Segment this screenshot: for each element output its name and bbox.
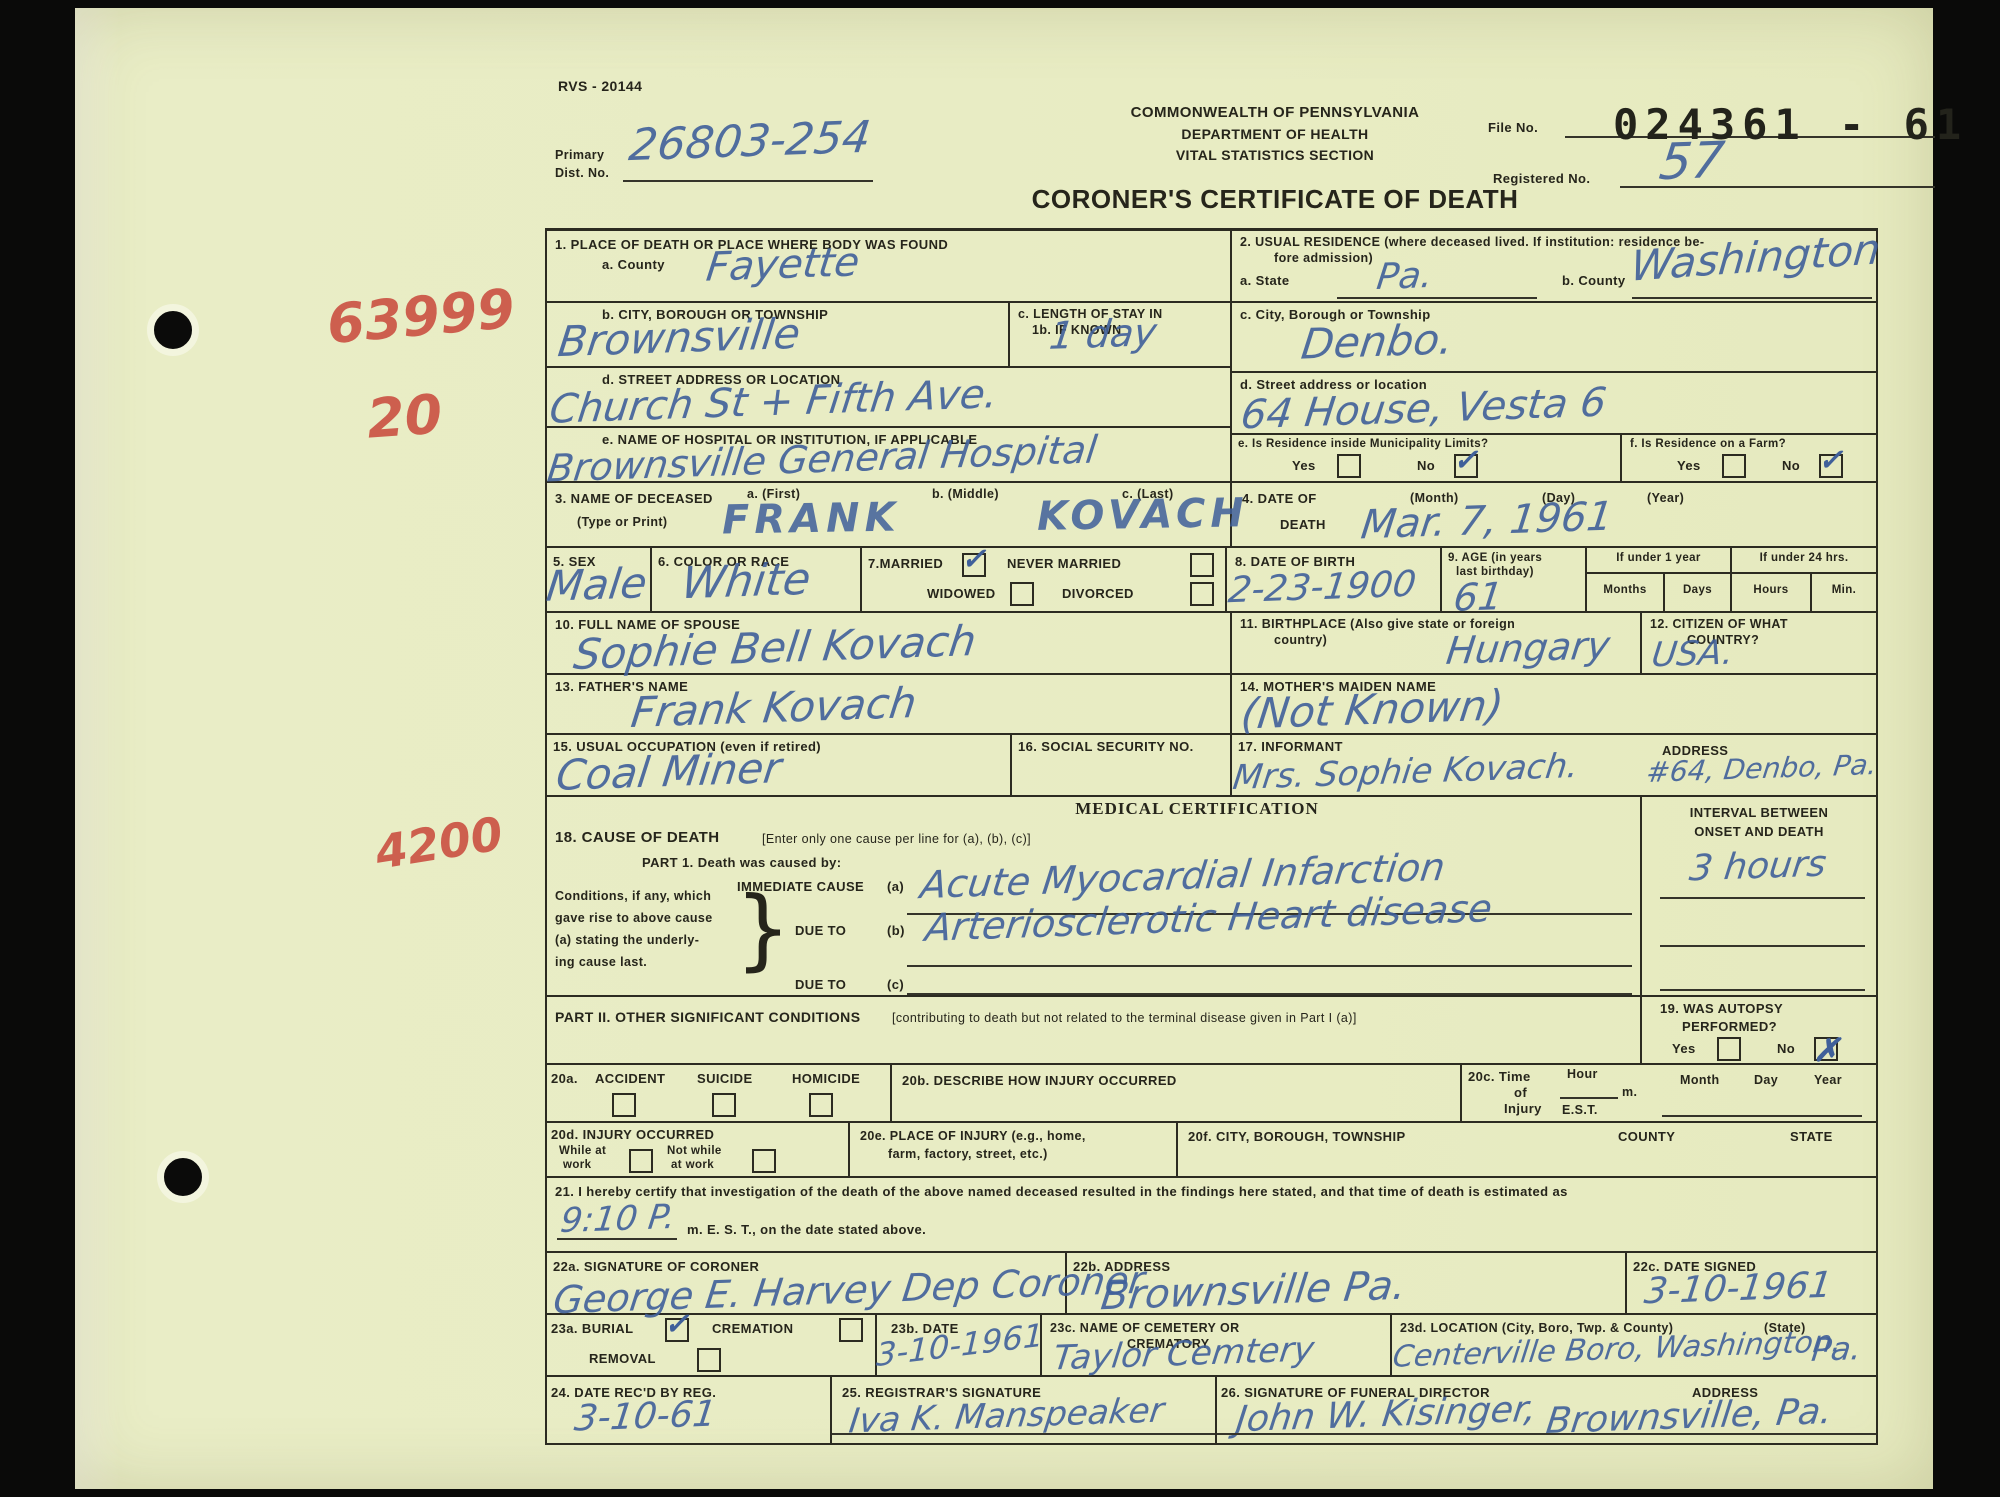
s23a-burial-label: 23a. BURIAL — [551, 1321, 633, 1336]
s20a-accident-label: ACCIDENT — [595, 1071, 665, 1086]
section-16-ssn: 16. SOCIAL SECURITY NO. — [1012, 735, 1232, 795]
row-parents: 13. FATHER'S NAME Frank Kovach 14. MOTHE… — [547, 675, 1876, 735]
s2f-yes-label: Yes — [1677, 458, 1701, 473]
certificate-title: CORONER'S CERTIFICATE OF DEATH — [1005, 184, 1545, 215]
s2e-no-label: No — [1417, 458, 1435, 473]
margin-note-red-1: 63999 — [325, 282, 517, 352]
section-interval: INTERVAL BETWEEN ONSET AND DEATH 3 hours — [1642, 797, 1876, 995]
primary-dist-value: 26803-254 — [627, 116, 873, 168]
row-spouse-birthplace: 10. FULL NAME OF SPOUSE Sophie Bell Kova… — [547, 613, 1876, 675]
s20c-m-label: m. — [1622, 1085, 1637, 1099]
s3-subtitle: (Type or Print) — [577, 515, 668, 529]
s18-cond-4: ing cause last. — [555, 955, 647, 969]
row-23-disposition: 23a. BURIAL ✓ CREMATION REMOVAL 23b. DAT… — [547, 1315, 1876, 1377]
s20d-label: 20d. INJURY OCCURRED — [551, 1127, 714, 1142]
s12-label-1: 12. CITIZEN OF WHAT — [1650, 617, 1788, 631]
section-22a-signature: 22a. SIGNATURE OF CORONER George E. Harv… — [547, 1253, 1067, 1313]
s14-value: (Not Known) — [1239, 684, 1506, 735]
s18-line-c — [907, 993, 1632, 995]
form-code: RVS - 20144 — [558, 78, 642, 94]
s9-under24-label: If under 24 hrs. — [1760, 552, 1849, 564]
section-10-spouse: 10. FULL NAME OF SPOUSE Sophie Bell Kova… — [547, 613, 1232, 673]
part2-bracket-note: [contributing to death but not related t… — [892, 1011, 1357, 1025]
s2a-label: a. State — [1240, 273, 1289, 288]
s18-part1-label: PART 1. Death was caused by: — [642, 855, 842, 870]
primary-dist-label-1: Primary — [555, 148, 604, 162]
s2f-no-checkmark: ✓ — [1818, 443, 1843, 478]
s20d-while-checkbox — [629, 1149, 653, 1173]
section-22c-date-signed: 22c. DATE SIGNED 3-10-1961 — [1627, 1253, 1876, 1313]
s18-title: 18. CAUSE OF DEATH — [555, 829, 719, 846]
s20f-city-label: 20f. CITY, BOROUGH, TOWNSHIP — [1188, 1129, 1406, 1144]
s19-yes-checkbox — [1717, 1037, 1741, 1061]
s20b-label: 20b. DESCRIBE HOW INJURY OCCURRED — [902, 1073, 1177, 1088]
s20a-homicide-label: HOMICIDE — [792, 1071, 860, 1086]
punch-hole-bottom — [157, 1151, 209, 1203]
interval-label-2: ONSET AND DEATH — [1642, 824, 1876, 839]
s23a-removal-label: REMOVAL — [589, 1351, 656, 1366]
section-9-under-24-hrs: If under 24 hrs. Hours Min. — [1732, 548, 1876, 611]
s26-value: John W. Kisinger, — [1234, 1392, 1538, 1438]
field-2ab-state-county: 2. USUAL RESIDENCE (where deceased lived… — [1232, 231, 1876, 303]
s2a-line — [1337, 297, 1537, 299]
s23a-burial-checkbox: ✓ — [665, 1318, 689, 1342]
field-1e-hospital: e. NAME OF HOSPITAL OR INSTITUTION, IF A… — [547, 428, 1230, 481]
s2f-yes-checkbox — [1722, 454, 1746, 478]
agency-block: COMMONWEALTH OF PENNSYLVANIA DEPARTMENT … — [1015, 104, 1535, 163]
s20c-hour-label: Hour — [1567, 1067, 1598, 1081]
s20d-notwhile-label-1: Not while — [667, 1145, 722, 1157]
s23d-state-value: Pa. — [1810, 1332, 1863, 1366]
s23a-removal-checkbox — [697, 1348, 721, 1372]
s7-never-married-label: NEVER MARRIED — [1007, 556, 1121, 571]
row-medical-certification: MEDICAL CERTIFICATION 18. CAUSE OF DEATH… — [547, 797, 1876, 997]
row-21-certify: 21. I hereby certify that investigation … — [547, 1178, 1876, 1253]
s20d-notwhile-label-2: at work — [671, 1159, 714, 1171]
s20c-hour-line — [1560, 1097, 1618, 1099]
section-8-date-of-birth: 8. DATE OF BIRTH 2-23-1900 — [1227, 548, 1442, 611]
s1b-value: Brownsville — [556, 313, 803, 363]
section-6-color-race: 6. COLOR OR RACE White — [652, 548, 862, 611]
s25-signature-line — [832, 1433, 1215, 1435]
agency-line-1: COMMONWEALTH OF PENNSYLVANIA — [1015, 104, 1535, 121]
s3-middle-label: b. (Middle) — [932, 487, 999, 501]
s20a-accident-checkbox — [612, 1093, 636, 1117]
section-5-sex: 5. SEX Male — [547, 548, 652, 611]
s2e-no-checkmark: ✓ — [1453, 443, 1478, 478]
s20f-state-label: STATE — [1790, 1129, 1833, 1144]
s18-due-b-label: DUE TO — [795, 923, 846, 938]
field-2d-street: d. Street address or location 64 House, … — [1232, 373, 1876, 435]
s18-line-b — [907, 965, 1632, 967]
section-11-birthplace: 11. BIRTHPLACE (Also give state or forei… — [1232, 613, 1642, 673]
section-20d-injury-occurred: 20d. INJURY OCCURRED While at work Not w… — [547, 1123, 850, 1176]
s22c-value: 3-10-1961 — [1642, 1268, 1834, 1310]
s7-widowed-checkbox — [1010, 582, 1034, 606]
section-4-date-of-death: 4. DATE OF DEATH (Month) (Day) (Year) Ma… — [1232, 483, 1876, 546]
s7-married-checkmark: ✓ — [961, 542, 986, 577]
s10-value: Sophie Bell Kovach — [571, 620, 978, 676]
s5-value: Male — [544, 562, 649, 607]
agency-line-3: VITAL STATISTICS SECTION — [1015, 147, 1535, 163]
s9-min-label: Min. — [1832, 584, 1857, 596]
s18-b-tag: (b) — [887, 923, 905, 938]
s3-title: 3. NAME OF DECEASED — [555, 491, 713, 506]
registered-no-value: 57 — [1657, 135, 1727, 187]
row-20def: 20d. INJURY OCCURRED While at work Not w… — [547, 1123, 1876, 1178]
section-23c-cemetery: 23c. NAME OF CEMETERY OR CREMATORY Taylo… — [1042, 1315, 1392, 1375]
s20a-number: 20a. — [551, 1071, 578, 1086]
s20c-label-2: of — [1514, 1085, 1527, 1100]
field-1c-length-of-stay: c. LENGTH OF STAY IN 1b. IF KNOWN 1 day — [1010, 303, 1230, 366]
section-7-marital-status: 7.MARRIED ✓ NEVER MARRIED WIDOWED DIVORC… — [862, 548, 1227, 611]
s20f-county-label: COUNTY — [1618, 1129, 1675, 1144]
s9-months-label: Months — [1603, 584, 1646, 596]
s4-label-2: DEATH — [1280, 517, 1326, 532]
s21-time-value: 9:10 P. — [559, 1200, 678, 1238]
s7-divorced-label: DIVORCED — [1062, 586, 1134, 601]
section-19-autopsy: 19. WAS AUTOPSY PERFORMED? Yes No ✗ — [1642, 997, 1876, 1063]
section-1-place-of-death: 1. PLACE OF DEATH OR PLACE WHERE BODY WA… — [547, 231, 1232, 481]
s7-married-label: 7.MARRIED — [868, 556, 943, 571]
certificate-form: 1. PLACE OF DEATH OR PLACE WHERE BODY WA… — [545, 228, 1878, 1445]
interval-label-1: INTERVAL BETWEEN — [1642, 805, 1876, 820]
field-2c-city: c. City, Borough or Township Denbo. — [1232, 303, 1876, 373]
certificate-paper: 63999 20 4200 RVS - 20144 COMMONWEALTH O… — [75, 8, 1933, 1489]
s23a-burial-checkmark: ✓ — [664, 1307, 689, 1342]
s18-brace: } — [735, 885, 791, 973]
s7-never-married-checkbox — [1190, 553, 1214, 577]
s20e-label-2: farm, factory, street, etc.) — [888, 1147, 1048, 1161]
section-21-certification: 21. I hereby certify that investigation … — [547, 1178, 1876, 1251]
s11-value: Hungary — [1444, 626, 1612, 670]
s23c-value: Taylor Cemtery — [1051, 1332, 1316, 1375]
field-2f-farm: f. Is Residence on a Farm? Yes No ✓ — [1622, 435, 1876, 481]
s16-label: 16. SOCIAL SECURITY NO. — [1018, 739, 1194, 754]
s9-days-label: Days — [1683, 584, 1712, 596]
s9-hours-cell: Hours — [1732, 574, 1812, 611]
s2f-no-label: No — [1782, 458, 1800, 473]
section-24-date-received: 24. DATE REC'D BY REG. 3-10-61 — [547, 1377, 832, 1443]
row-place-residence: 1. PLACE OF DEATH OR PLACE WHERE BODY WA… — [547, 231, 1876, 483]
s19-label-2: PERFORMED? — [1682, 1019, 1777, 1034]
s18-bracket-note: [Enter only one cause per line for (a), … — [762, 832, 1031, 846]
punch-hole-top — [147, 304, 199, 356]
s18-cond-2: gave rise to above cause — [555, 911, 713, 925]
section-20c-time-of-injury: 20c. Time of Injury Hour m. E.S.T. Month… — [1462, 1065, 1876, 1121]
s15-value: Coal Miner — [554, 747, 784, 797]
section-25-registrar: 25. REGISTRAR'S SIGNATURE Iva K. Manspea… — [832, 1377, 1217, 1443]
row-1b-1c: b. CITY, BOROUGH OR TOWNSHIP Brownsville… — [547, 303, 1230, 368]
s19-no-label: No — [1777, 1041, 1795, 1056]
section-18-cause-of-death: MEDICAL CERTIFICATION 18. CAUSE OF DEATH… — [547, 797, 1642, 995]
row-occupation-informant: 15. USUAL OCCUPATION (even if retired) C… — [547, 735, 1876, 797]
s4-label-1: 4. DATE OF — [1242, 491, 1317, 506]
s20a-suicide-label: SUICIDE — [697, 1071, 753, 1086]
s17-address-value: #64, Denbo, Pa. — [1645, 751, 1879, 787]
interval-line-1 — [1660, 897, 1865, 899]
s4-value: Mar. 7, 1961 — [1359, 497, 1615, 546]
s20c-year-label: Year — [1814, 1073, 1842, 1087]
section-20e-place-of-injury: 20e. PLACE OF INJURY (e.g., home, farm, … — [850, 1123, 1178, 1176]
section-part2: PART II. OTHER SIGNIFICANT CONDITIONS [c… — [547, 997, 1642, 1063]
section-23b-date: 23b. DATE 3-10-1961 — [877, 1315, 1042, 1375]
row-part2-autopsy: PART II. OTHER SIGNIFICANT CONDITIONS [c… — [547, 997, 1876, 1065]
s2c-value: Denbo. — [1299, 318, 1455, 365]
s2e-no-checkbox: ✓ — [1454, 454, 1478, 478]
s21-suffix: m. E. S. T., on the date stated above. — [687, 1222, 926, 1237]
s9-label-1: 9. AGE (in years — [1448, 552, 1542, 564]
s12-value: USA. — [1650, 636, 1736, 673]
section-3-name-of-deceased: 3. NAME OF DECEASED (Type or Print) a. (… — [547, 483, 1232, 546]
s2b-line — [1632, 297, 1872, 299]
file-no-label: File No. — [1488, 120, 1538, 135]
section-12-citizen: 12. CITIZEN OF WHAT COUNTRY? USA. — [1642, 613, 1876, 673]
section-20f-city-county-state: 20f. CITY, BOROUGH, TOWNSHIP COUNTY STAT… — [1178, 1123, 1876, 1176]
s26-signature-line — [1217, 1433, 1876, 1435]
s21-time-line — [557, 1238, 677, 1240]
margin-note-red-3: 4200 — [372, 810, 506, 875]
s20d-notwhile-checkbox — [752, 1149, 776, 1173]
s19-no-checkbox: ✗ — [1814, 1037, 1838, 1061]
s9-months-days: Months Days — [1587, 574, 1730, 611]
field-1b-city: b. CITY, BOROUGH OR TOWNSHIP Brownsville — [547, 303, 1010, 366]
s1a-label: a. County — [602, 257, 665, 272]
s4-year-label: (Year) — [1647, 491, 1684, 505]
s23a-cremation-checkbox — [839, 1318, 863, 1342]
section-17-informant: 17. INFORMANT Mrs. Sophie Kovach. ADDRES… — [1232, 735, 1876, 795]
s9-value: 61 — [1452, 577, 1505, 617]
s17-label: 17. INFORMANT — [1238, 739, 1343, 754]
medical-certification-title: MEDICAL CERTIFICATION — [947, 799, 1447, 819]
s20c-est-label: E.S.T. — [1562, 1103, 1598, 1117]
s2e-yes-checkbox — [1337, 454, 1361, 478]
s2e-yes-label: Yes — [1292, 458, 1316, 473]
s18-due-c-label: DUE TO — [795, 977, 846, 992]
s20d-while-label-1: While at — [559, 1145, 606, 1157]
section-9-under-1-year: If under 1 year Months Days — [1587, 548, 1732, 611]
s3-first-value: FRANK — [722, 497, 901, 540]
registered-no-label: Registered No. — [1493, 171, 1590, 186]
s1c-value: 1 day — [1047, 313, 1158, 355]
s2b-label: b. County — [1562, 273, 1626, 288]
s1a-value: Fayette — [704, 242, 861, 287]
s9-hours-label: Hours — [1753, 584, 1788, 596]
s9-hours-min: Hours Min. — [1732, 574, 1876, 611]
section-20a-manner: 20a. ACCIDENT SUICIDE HOMICIDE — [547, 1065, 892, 1121]
field-1d-street: d. STREET ADDRESS OR LOCATION Church St … — [547, 368, 1230, 428]
s20c-date-line — [1662, 1115, 1862, 1117]
s20c-day-label: Day — [1754, 1073, 1778, 1087]
s18-cond-1: Conditions, if any, which — [555, 889, 711, 903]
section-13-father: 13. FATHER'S NAME Frank Kovach — [547, 675, 1232, 733]
primary-dist-label-2: Dist. No. — [555, 166, 609, 180]
s20c-label-1: 20c. Time — [1468, 1069, 1531, 1084]
interval-value: 3 hours — [1687, 847, 1828, 888]
section-23d-location: 23d. LOCATION (City, Boro, Twp. & County… — [1392, 1315, 1876, 1375]
s18-c-tag: (c) — [887, 977, 904, 992]
primary-dist-line — [623, 180, 873, 182]
s17-value: Mrs. Sophie Kovach. — [1231, 749, 1580, 795]
s2f-no-checkbox: ✓ — [1819, 454, 1843, 478]
s22b-value: Brownsville Pa. — [1099, 1266, 1408, 1317]
row-22-coroner: 22a. SIGNATURE OF CORONER George E. Harv… — [547, 1253, 1876, 1315]
s20c-month-label: Month — [1680, 1073, 1719, 1087]
s9-days-cell: Days — [1665, 574, 1730, 611]
s8-value: 2-23-1900 — [1226, 567, 1418, 609]
s9-min-cell: Min. — [1812, 574, 1876, 611]
s2e-label: e. Is Residence inside Municipality Limi… — [1238, 438, 1488, 450]
section-22b-address: 22b. ADDRESS Brownsville Pa. — [1067, 1253, 1627, 1313]
row-2e-2f: e. Is Residence inside Municipality Limi… — [1232, 435, 1876, 481]
s18-a-tag: (a) — [887, 879, 904, 894]
row-20abc: 20a. ACCIDENT SUICIDE HOMICIDE 20b. DESC… — [547, 1065, 1876, 1123]
s13-value: Frank Kovach — [629, 682, 919, 734]
interval-line-3 — [1660, 989, 1865, 991]
field-2e-municipality: e. Is Residence inside Municipality Limi… — [1232, 435, 1622, 481]
s7-married-checkbox: ✓ — [962, 553, 986, 577]
s24-value: 3-10-61 — [572, 1397, 718, 1438]
section-15-occupation: 15. USUAL OCCUPATION (even if retired) C… — [547, 735, 1012, 795]
s19-label-1: 19. WAS AUTOPSY — [1660, 1001, 1783, 1016]
s20a-homicide-checkbox — [809, 1093, 833, 1117]
s6-value: White — [679, 558, 813, 606]
row-vitals: 5. SEX Male 6. COLOR OR RACE White 7.MAR… — [547, 548, 1876, 613]
s23a-cremation-label: CREMATION — [712, 1321, 793, 1336]
s11-label-2: country) — [1274, 633, 1327, 647]
section-23a-disposition: 23a. BURIAL ✓ CREMATION REMOVAL — [547, 1315, 877, 1375]
interval-line-2 — [1660, 945, 1865, 947]
s2d-value: 64 House, Vesta 6 — [1239, 383, 1609, 436]
s19-no-checkmark: ✗ — [1813, 1031, 1840, 1069]
s9-under1-label: If under 1 year — [1616, 552, 1701, 564]
row-name-dod: 3. NAME OF DECEASED (Type or Print) a. (… — [547, 483, 1876, 548]
s18-cond-3: (a) stating the underly- — [555, 933, 699, 947]
s2a-value: Pa. — [1375, 258, 1435, 296]
s20c-label-3: Injury — [1504, 1101, 1542, 1116]
s20a-suicide-checkbox — [712, 1093, 736, 1117]
section-2-usual-residence: 2. USUAL RESIDENCE (where deceased lived… — [1232, 231, 1876, 481]
s20d-while-label-2: work — [563, 1159, 591, 1171]
s2f-label: f. Is Residence on a Farm? — [1630, 438, 1786, 450]
section-14-mother: 14. MOTHER'S MAIDEN NAME (Not Known) — [1232, 675, 1876, 733]
margin-note-red-2: 20 — [365, 387, 444, 446]
scan-background: 63999 20 4200 RVS - 20144 COMMONWEALTH O… — [0, 0, 2000, 1497]
section-20b-describe-injury: 20b. DESCRIBE HOW INJURY OCCURRED — [892, 1065, 1462, 1121]
field-1a-county: 1. PLACE OF DEATH OR PLACE WHERE BODY WA… — [547, 231, 1230, 303]
s9-months-cell: Months — [1587, 574, 1665, 611]
s7-divorced-checkbox — [1190, 582, 1214, 606]
s7-widowed-label: WIDOWED — [927, 586, 996, 601]
s21-statement: 21. I hereby certify that investigation … — [555, 1184, 1568, 1199]
s9-under24-header: If under 24 hrs. — [1732, 548, 1876, 574]
s3-last-value: KOVACH — [1037, 493, 1249, 537]
s20e-label-1: 20e. PLACE OF INJURY (e.g., home, — [860, 1129, 1086, 1143]
row-24-registration: 24. DATE REC'D BY REG. 3-10-61 25. REGIS… — [547, 1377, 1876, 1443]
section-26-funeral-director: 26. SIGNATURE OF FUNERAL DIRECTOR ADDRES… — [1217, 1377, 1876, 1443]
part2-title: PART II. OTHER SIGNIFICANT CONDITIONS — [555, 1009, 860, 1025]
s9-under1-header: If under 1 year — [1587, 548, 1730, 574]
s2-title-2: fore admission) — [1274, 251, 1373, 265]
s25-value: Iva K. Manspeaker — [847, 1394, 1166, 1439]
agency-line-2: DEPARTMENT OF HEALTH — [1015, 126, 1535, 142]
section-9-age: 9. AGE (in years last birthday) 61 — [1442, 548, 1587, 611]
s19-yes-label: Yes — [1672, 1041, 1696, 1056]
